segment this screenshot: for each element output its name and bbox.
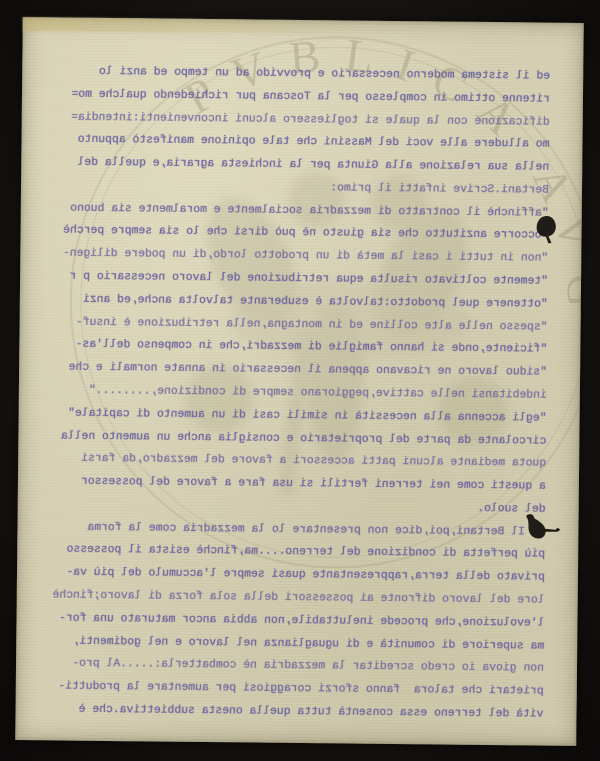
typewritten-text-block: ed il sistema moderno necessario e provv… [48,60,550,726]
photo-backdrop: PVBLICA AVG ed il sistema moderno necess… [0,0,600,761]
text-line: vità del terreno essa consentà tutta que… [48,698,543,726]
paper-page: PVBLICA AVG ed il sistema moderno necess… [15,17,584,746]
